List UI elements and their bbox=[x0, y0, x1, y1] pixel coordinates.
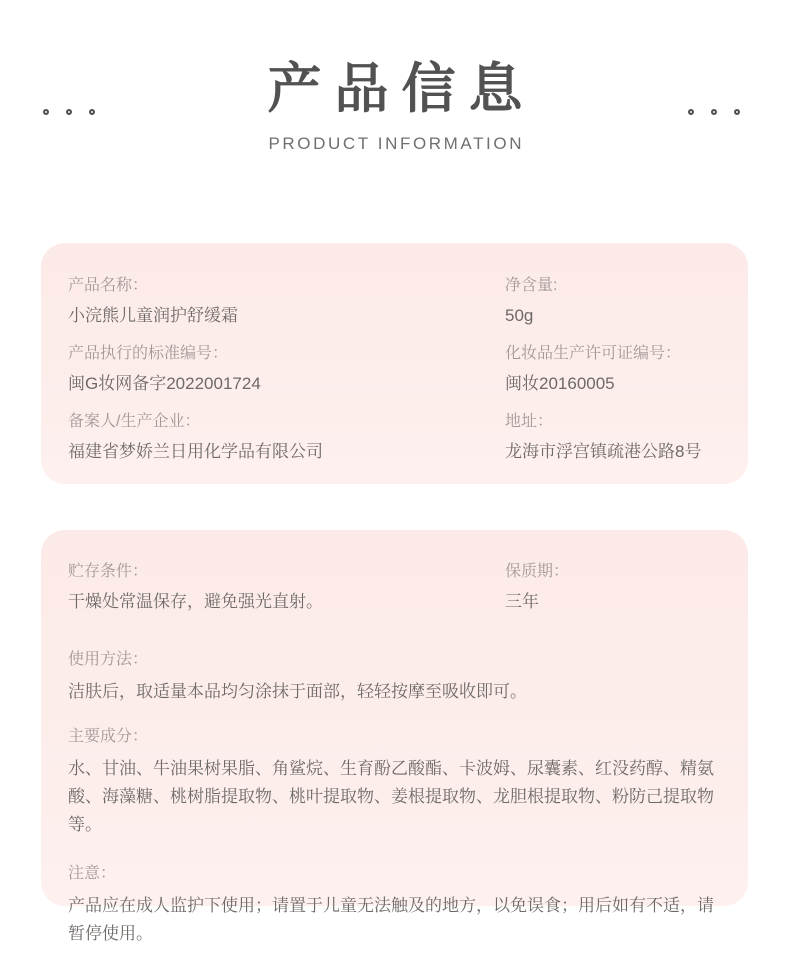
field-address: 地址： 龙海市浮宫镇疏港公路8号 bbox=[505, 411, 730, 464]
field-value: 洁肤后，取适量本品均匀涂抹于面部，轻轻按摩至吸收即可。 bbox=[68, 678, 730, 706]
field-label: 净含量: bbox=[505, 275, 730, 297]
dot-icon bbox=[66, 109, 72, 115]
dot-icon bbox=[688, 109, 694, 115]
field-value: 小浣熊儿童润护舒缓霜 bbox=[68, 304, 505, 328]
field-value: 水、甘油、牛油果树果脂、角鲨烷、生育酚乙酸酯、卡波姆、尿囊素、红没药醇、精氨酸、… bbox=[68, 755, 730, 839]
section-main-ingredients: 主要成分： 水、甘油、牛油果树果脂、角鲨烷、生育酚乙酸酯、卡波姆、尿囊素、红没药… bbox=[68, 726, 730, 839]
field-net-content: 净含量: 50g bbox=[505, 275, 730, 328]
section-notice: 注意： 产品应在成人监护下使用；请置于儿童无法触及的地方，以免误食；用后如有不适… bbox=[68, 863, 730, 948]
field-label: 贮存条件： bbox=[68, 561, 505, 583]
dot-icon bbox=[43, 109, 49, 115]
product-usage-card: 贮存条件： 干燥处常温保存，避免强光直射。 保质期： 三年 使用方法： 洁肤后，… bbox=[41, 530, 748, 906]
decorative-dots-right bbox=[688, 109, 740, 115]
field-value: 三年 bbox=[505, 590, 730, 614]
field-label: 主要成分： bbox=[68, 726, 730, 748]
dot-icon bbox=[89, 109, 95, 115]
field-shelf-life: 保质期： 三年 bbox=[505, 561, 730, 614]
field-label: 产品执行的标准编号： bbox=[68, 343, 505, 365]
field-label: 保质期： bbox=[505, 561, 730, 583]
page-title: 产品信息 bbox=[0, 58, 790, 120]
card1-row-3: 备案人/生产企业： 福建省梦娇兰日用化学品有限公司 地址： 龙海市浮宫镇疏港公路… bbox=[68, 411, 730, 479]
dot-icon bbox=[734, 109, 740, 115]
card1-row-2: 产品执行的标准编号： 闽G妆网备字2022001724 化妆品生产许可证编号： … bbox=[68, 343, 730, 411]
field-value: 闽妆20160005 bbox=[505, 372, 730, 396]
page-subtitle: PRODUCT INFORMATION bbox=[0, 134, 790, 154]
field-label: 使用方法： bbox=[68, 649, 730, 671]
field-value: 产品应在成人监护下使用；请置于儿童无法触及的地方，以免误食；用后如有不适，请暂停… bbox=[68, 892, 730, 948]
field-value: 50g bbox=[505, 304, 730, 328]
field-value: 干燥处常温保存，避免强光直射。 bbox=[68, 590, 505, 614]
field-label: 产品名称： bbox=[68, 275, 505, 297]
dot-icon bbox=[711, 109, 717, 115]
field-label: 注意： bbox=[68, 863, 730, 885]
field-value: 龙海市浮宫镇疏港公路8号 bbox=[505, 440, 730, 464]
field-value: 闽G妆网备字2022001724 bbox=[68, 372, 505, 396]
field-label: 化妆品生产许可证编号： bbox=[505, 343, 730, 365]
field-product-name: 产品名称： 小浣熊儿童润护舒缓霜 bbox=[68, 275, 505, 328]
field-manufacturer: 备案人/生产企业： 福建省梦娇兰日用化学品有限公司 bbox=[68, 411, 505, 464]
field-value: 福建省梦娇兰日用化学品有限公司 bbox=[68, 440, 505, 464]
field-production-license: 化妆品生产许可证编号： 闽妆20160005 bbox=[505, 343, 730, 396]
section-usage-method: 使用方法： 洁肤后，取适量本品均匀涂抹于面部，轻轻按摩至吸收即可。 bbox=[68, 649, 730, 706]
field-standard-number: 产品执行的标准编号： 闽G妆网备字2022001724 bbox=[68, 343, 505, 396]
card1-row-1: 产品名称： 小浣熊儿童润护舒缓霜 净含量: 50g bbox=[68, 275, 730, 343]
card2-row-1: 贮存条件： 干燥处常温保存，避免强光直射。 保质期： 三年 bbox=[68, 561, 730, 629]
decorative-dots-left bbox=[43, 109, 95, 115]
field-storage-conditions: 贮存条件： 干燥处常温保存，避免强光直射。 bbox=[68, 561, 505, 614]
field-label: 备案人/生产企业： bbox=[68, 411, 505, 433]
product-identity-card: 产品名称： 小浣熊儿童润护舒缓霜 净含量: 50g 产品执行的标准编号： 闽G妆… bbox=[41, 243, 748, 484]
field-label: 地址： bbox=[505, 411, 730, 433]
header: 产品信息 PRODUCT INFORMATION bbox=[0, 0, 790, 154]
product-information-page: 产品信息 PRODUCT INFORMATION 产品名称： 小浣熊儿童润护舒缓… bbox=[0, 0, 790, 953]
